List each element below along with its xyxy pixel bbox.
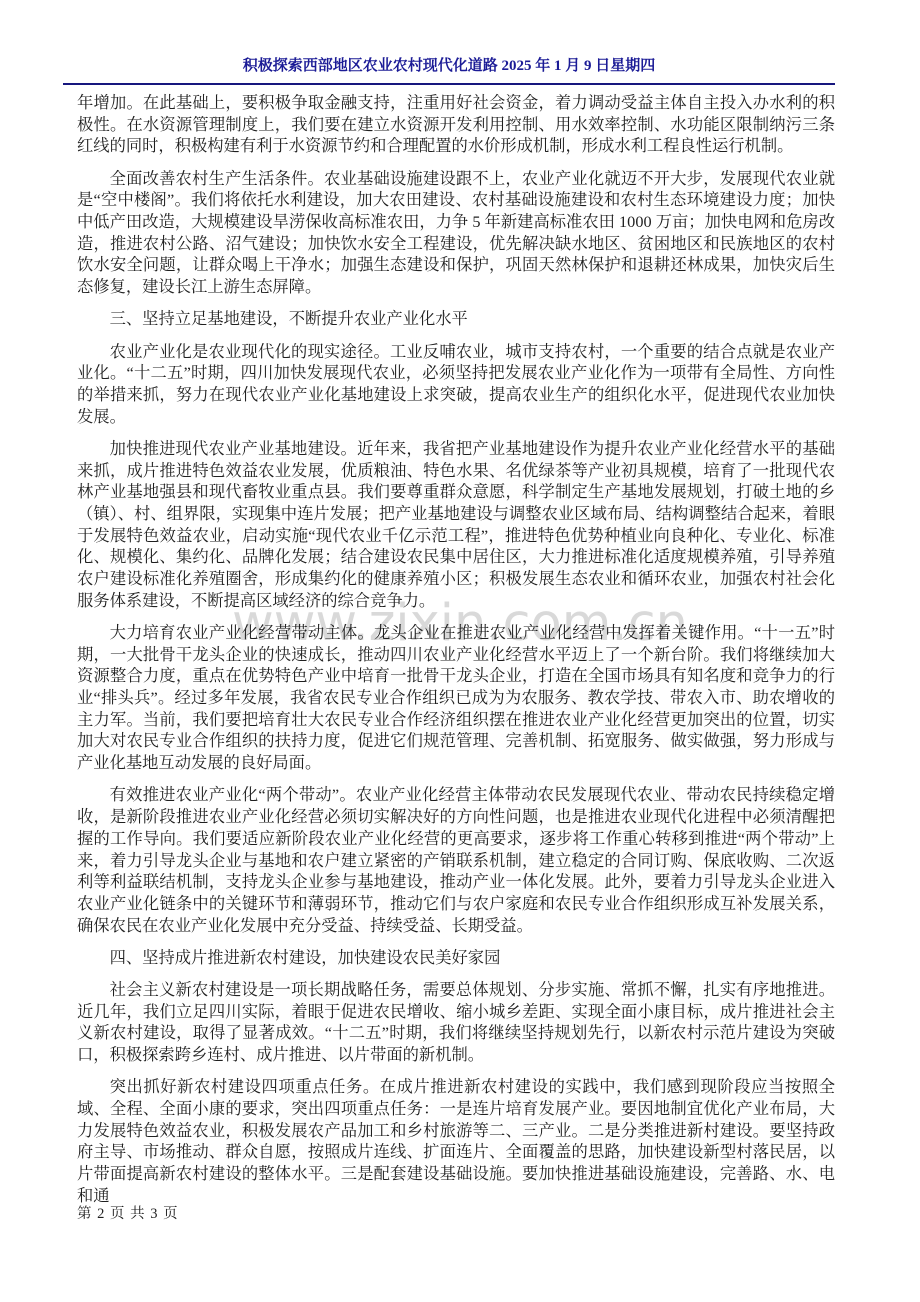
paragraph: 全面改善农村生产生活条件。农业基础设施建设跟不上，农业产业化就迈不开大步，发展现… bbox=[77, 168, 835, 298]
paragraph: 年增加。在此基础上，要积极争取金融支持，注重用好社会资金，着力调动受益主体自主投… bbox=[77, 92, 835, 157]
paragraph: 有效推进农业产业化“两个带动”。农业产业化经营主体带动农民发展现代农业、带动农民… bbox=[77, 784, 835, 936]
paragraph: 农业产业化是农业现代化的现实途径。工业反哺农业，城市支持农村，一个重要的结合点就… bbox=[77, 341, 835, 428]
paragraph: 大力培育农业产业化经营带动主体。龙头企业在推进农业产业化经营中发挥着关键作用。“… bbox=[77, 622, 835, 774]
section-heading: 四、坚持成片推进新农村建设，加快建设农民美好家园 bbox=[77, 947, 835, 969]
document-header-title: 积极探索西部地区农业农村现代化道路 2025 年 1 月 9 日星期四 bbox=[63, 56, 835, 85]
section-heading: 三、坚持立足基地建设，不断提升农业产业化水平 bbox=[77, 308, 835, 330]
document-body: 年增加。在此基础上，要积极争取金融支持，注重用好社会资金，着力调动受益主体自主投… bbox=[63, 92, 835, 1207]
paragraph: 加快推进现代农业产业基地建设。近年来，我省把产业基地建设作为提升农业产业化经营水… bbox=[77, 438, 835, 612]
paragraph: 社会主义新农村建设是一项长期战略任务，需要总体规划、分步实施、常抓不懈，扎实有序… bbox=[77, 979, 835, 1066]
page-number-footer: 第 2 页 共 3 页 bbox=[77, 1202, 179, 1223]
text-column: 积极探索西部地区农业农村现代化道路 2025 年 1 月 9 日星期四 年增加。… bbox=[63, 56, 835, 1217]
paragraph: 突出抓好新农村建设四项重点任务。在成片推进新农村建设的实践中，我们感到现阶段应当… bbox=[77, 1076, 835, 1206]
document-page: www.zixin.com.cn 积极探索西部地区农业农村现代化道路 2025 … bbox=[0, 0, 920, 1302]
